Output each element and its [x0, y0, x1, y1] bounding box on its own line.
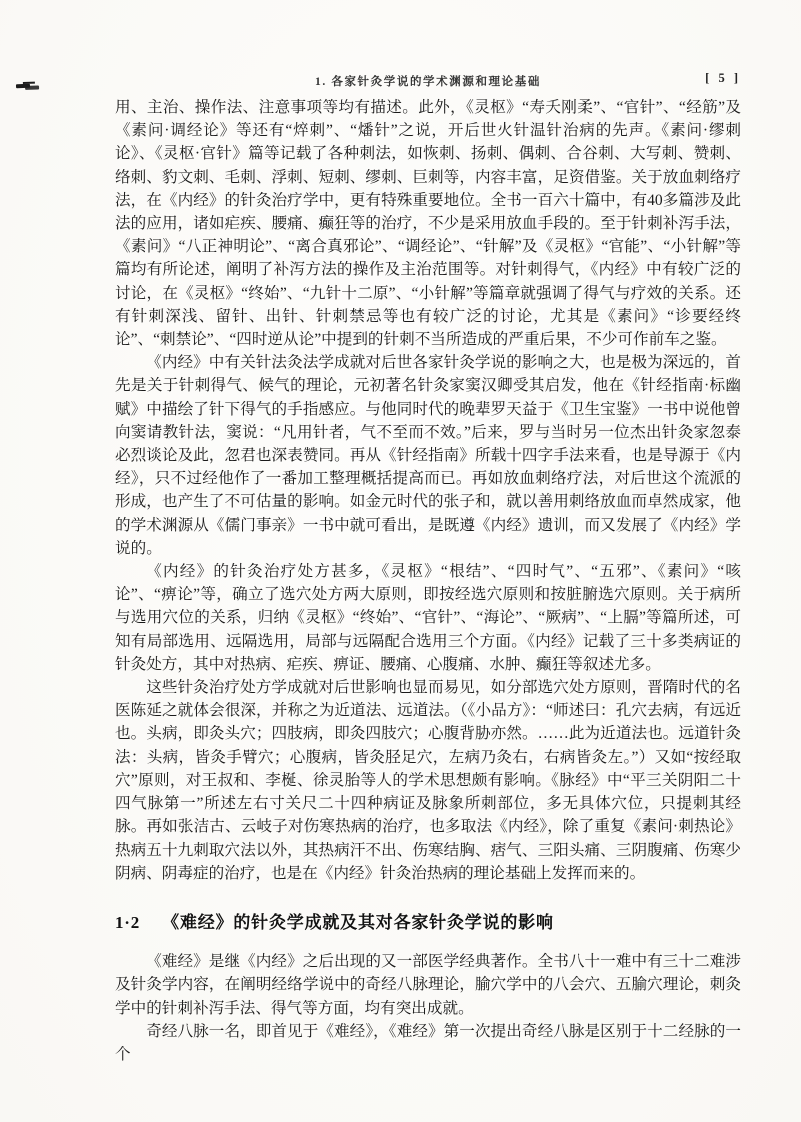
chapter-header-title: 1. 各家针灸学说的学术渊源和理论基础	[315, 73, 541, 89]
body-paragraph: 《内经》的针灸治疗处方甚多，《灵枢》“根结”、“四时气”、“五邪”、《素问》“咳…	[115, 560, 741, 676]
body-paragraph: 用、主治、操作法、注意事项等均有描述。此外，《灵枢》“寿夭刚柔”、“官针”、“经…	[115, 96, 741, 351]
body-paragraph: 这些针灸治疗处方学成就对后世影响也显而易见，如分部选穴处方原则，晋隋时代的名医陈…	[115, 676, 741, 885]
scanned-book-page: 1. 各家针灸学说的学术渊源和理论基础 [ 5 ] 用、主治、操作法、注意事项等…	[0, 0, 801, 1122]
running-header: 1. 各家针灸学说的学术渊源和理论基础 [ 5 ]	[115, 71, 741, 91]
section-heading: 1·2《难经》的针灸学成就及其对各家针灸学说的影响	[115, 911, 741, 934]
body-paragraph: 奇经八脉一名，即首见于《难经》，《难经》第一次提出奇经八脉是区别于十二经脉的一个	[115, 1020, 741, 1066]
section-title: 《难经》的针灸学成就及其对各家针灸学说的影响	[162, 913, 554, 932]
page-number: [ 5 ]	[705, 71, 741, 86]
body-paragraph: 《难经》是继《内经》之后出现的又一部医学经典著作。全书八十一难中有三十二难涉及针…	[115, 950, 741, 1020]
section-number: 1·2	[115, 913, 140, 932]
text-column: 用、主治、操作法、注意事项等均有描述。此外，《灵枢》“寿夭刚柔”、“官针”、“经…	[115, 96, 741, 1066]
ink-smudge-artifact	[16, 84, 30, 88]
body-paragraph: 《内经》中有关针法灸法学成就对后世各家针灸学说的影响之大，也是极为深远的，首先是…	[115, 351, 741, 560]
